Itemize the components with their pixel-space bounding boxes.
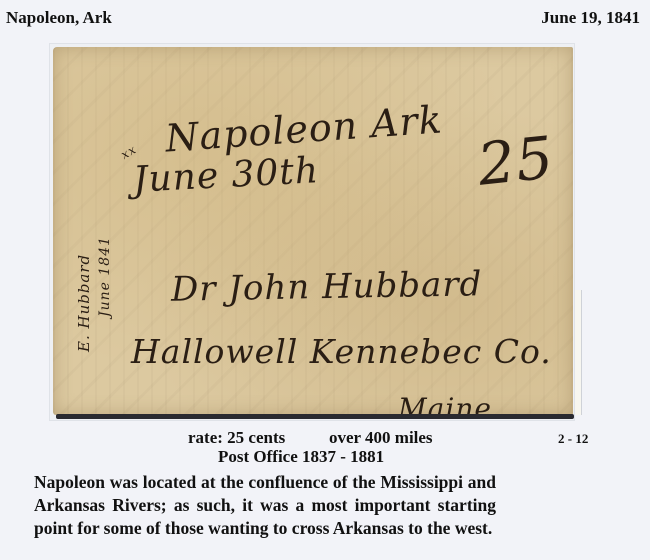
stampless-folded-letter: xx Napoleon Ark June 30th 25 Dr John Hub… xyxy=(53,47,573,415)
letter-shadow xyxy=(56,414,574,419)
docket-sender: E. Hubbard xyxy=(75,254,93,352)
addressee-town: Hallowell Kennebec Co. xyxy=(131,332,552,371)
page-reference: 2 - 12 xyxy=(558,431,588,447)
historical-description: Napoleon was located at the confluence o… xyxy=(34,471,496,540)
post-office-dates: Post Office 1837 - 1881 xyxy=(218,447,384,467)
header-location: Napoleon, Ark xyxy=(6,8,112,28)
header-date: June 19, 1841 xyxy=(541,8,640,28)
addressee-state: Maine xyxy=(398,392,492,425)
docket-date: June 1841 xyxy=(97,236,113,317)
letter-flap-edge xyxy=(575,290,581,415)
postage-rate: rate: 25 cents xyxy=(188,428,285,448)
addressee-name: Dr John Hubbard xyxy=(171,264,483,309)
postage-distance: over 400 miles xyxy=(329,428,433,448)
manuscript-date: June 30th xyxy=(132,150,320,201)
manuscript-rate: 25 xyxy=(475,123,558,199)
